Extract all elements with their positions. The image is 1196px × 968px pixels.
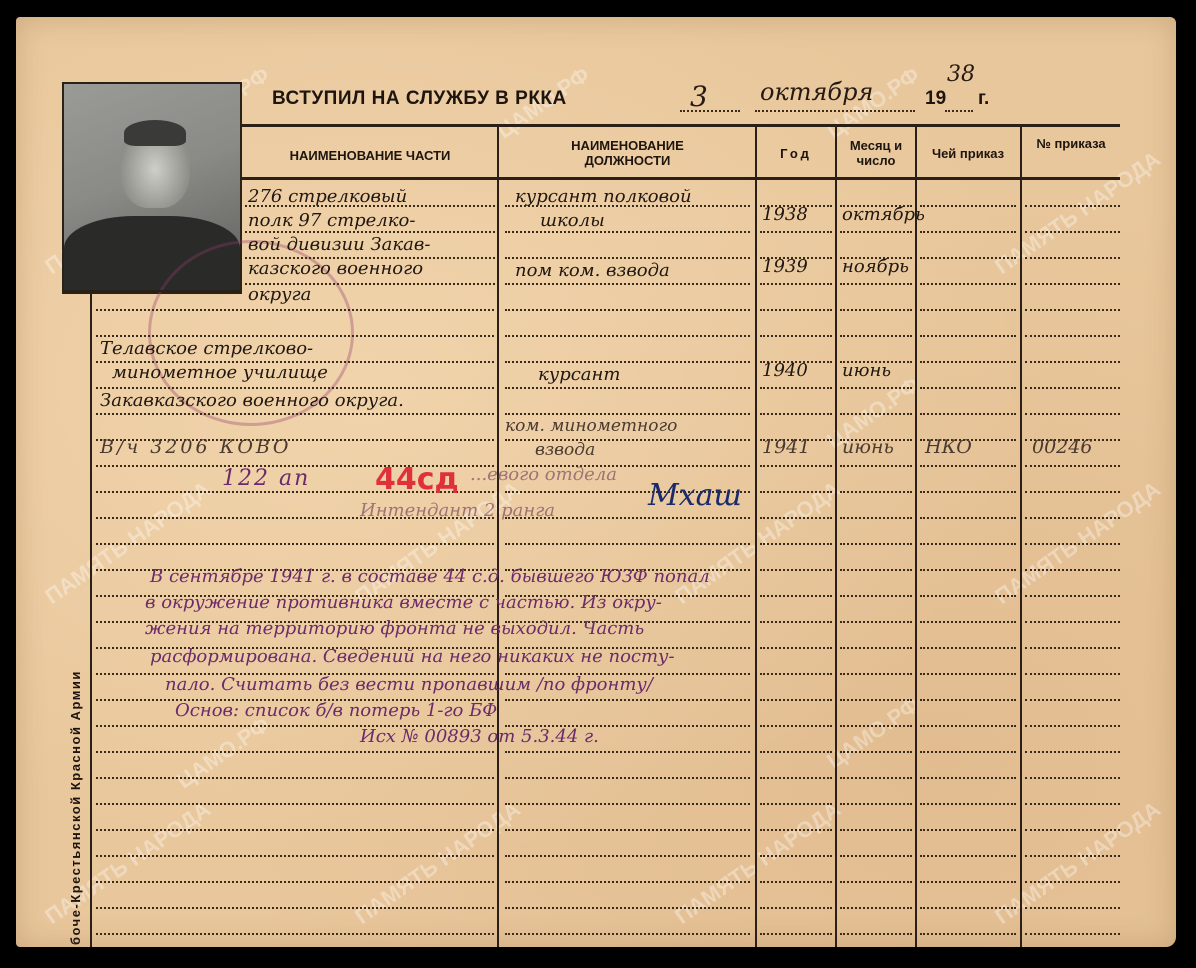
ruled-line bbox=[1025, 517, 1120, 519]
ruled-line bbox=[760, 933, 832, 935]
ruled-line bbox=[920, 803, 1016, 805]
ruled-line bbox=[505, 907, 750, 909]
ruled-line bbox=[920, 725, 1016, 727]
entry-position-line: пом ком. взвода bbox=[515, 260, 670, 281]
ruled-line bbox=[920, 309, 1016, 311]
entry-month: июнь bbox=[842, 360, 891, 381]
ruled-line bbox=[1025, 205, 1120, 207]
ruled-line bbox=[1025, 465, 1120, 467]
ruled-line bbox=[760, 673, 832, 675]
entry-position-line: ком. минометного bbox=[505, 416, 677, 436]
ruled-line bbox=[920, 699, 1016, 701]
ruled-line bbox=[920, 621, 1016, 623]
ruled-line bbox=[1025, 543, 1120, 545]
ruled-line bbox=[96, 803, 494, 805]
ruled-line bbox=[840, 543, 912, 545]
ruled-line bbox=[840, 595, 912, 597]
ruled-line bbox=[920, 543, 1016, 545]
ruled-line bbox=[760, 309, 832, 311]
ruled-line bbox=[920, 829, 1016, 831]
ruled-line bbox=[920, 205, 1016, 207]
ruled-line bbox=[96, 335, 494, 337]
ruled-line bbox=[840, 907, 912, 909]
header-position: НАИМЕНОВАНИЕ ДОЛЖНОСТИ bbox=[540, 138, 715, 168]
ruled-line bbox=[840, 725, 912, 727]
ruled-line bbox=[1025, 309, 1120, 311]
ruled-line bbox=[760, 335, 832, 337]
entry-month: октябрь bbox=[842, 204, 925, 225]
ruled-line bbox=[505, 933, 750, 935]
entry-position-line: курсант полковой bbox=[515, 186, 692, 207]
ruled-line bbox=[505, 309, 750, 311]
note-line: пало. Считать без вести пропавшим /по фр… bbox=[165, 674, 653, 695]
ruled-line bbox=[840, 491, 912, 493]
ruled-line bbox=[840, 569, 912, 571]
ruled-line bbox=[1025, 257, 1120, 259]
ruled-line bbox=[760, 595, 832, 597]
ruled-line bbox=[505, 335, 750, 337]
note-line: жения на территорию фронта не выходил. Ч… bbox=[145, 618, 644, 639]
ruled-line bbox=[760, 855, 832, 857]
col-divider bbox=[755, 124, 757, 947]
ruled-line bbox=[840, 777, 912, 779]
entry-year: 1938 bbox=[762, 204, 808, 225]
ruled-line bbox=[760, 699, 832, 701]
ruled-line bbox=[920, 283, 1016, 285]
stamp-line: ...евого отдела bbox=[470, 464, 617, 485]
entry-unit-line: казского военного bbox=[248, 258, 423, 279]
ruled-line bbox=[760, 283, 832, 285]
ruled-line bbox=[505, 777, 750, 779]
ruled-line bbox=[840, 465, 912, 467]
table-header-rule bbox=[240, 177, 1120, 180]
ruled-line bbox=[920, 907, 1016, 909]
ruled-line bbox=[1025, 595, 1120, 597]
ruled-line bbox=[96, 751, 494, 753]
entry-unit-line: округа bbox=[248, 284, 311, 305]
ruled-line bbox=[1025, 829, 1120, 831]
ruled-line bbox=[96, 777, 494, 779]
col-divider bbox=[835, 124, 837, 947]
ruled-line bbox=[1025, 491, 1120, 493]
ruled-line bbox=[96, 413, 494, 415]
ruled-line bbox=[1025, 335, 1120, 337]
ruled-line bbox=[760, 907, 832, 909]
ruled-line bbox=[760, 829, 832, 831]
red-unit-mark: 44сд bbox=[375, 462, 459, 497]
entry-order-no: 00246 bbox=[1032, 436, 1092, 458]
ruled-line bbox=[760, 777, 832, 779]
underline bbox=[945, 110, 973, 112]
enlistment-year: 38 bbox=[947, 62, 975, 87]
ruled-line bbox=[920, 361, 1016, 363]
ruled-line bbox=[1025, 647, 1120, 649]
ruled-line bbox=[1025, 621, 1120, 623]
ruled-line bbox=[840, 309, 912, 311]
ruled-line bbox=[760, 491, 832, 493]
entry-unit-line: полк 97 стрелко- bbox=[248, 210, 415, 231]
entry-position-line: школы bbox=[540, 210, 605, 231]
entry-unit-line: В/ч 3206 КОВО bbox=[100, 436, 291, 458]
entry-year: 1939 bbox=[762, 256, 808, 277]
header-unit: НАИМЕНОВАНИЕ ЧАСТИ bbox=[245, 148, 495, 163]
ruled-line bbox=[840, 673, 912, 675]
entry-month: июнь bbox=[842, 436, 894, 458]
ruled-line bbox=[840, 413, 912, 415]
ruled-line bbox=[920, 647, 1016, 649]
ruled-line bbox=[760, 387, 832, 389]
ruled-line bbox=[96, 855, 494, 857]
col-divider bbox=[240, 124, 242, 180]
photo-bottom-rule bbox=[64, 290, 240, 292]
ruled-line bbox=[505, 855, 750, 857]
entry-whose-order: НКО bbox=[925, 436, 972, 458]
entry-year: 1941 bbox=[762, 436, 810, 458]
ruled-line bbox=[505, 751, 750, 753]
ruled-line bbox=[760, 231, 832, 233]
ruled-line bbox=[505, 829, 750, 831]
ruled-line bbox=[760, 621, 832, 623]
ruled-line bbox=[920, 933, 1016, 935]
ruled-line bbox=[1025, 933, 1120, 935]
ruled-line bbox=[760, 803, 832, 805]
ruled-line bbox=[920, 881, 1016, 883]
ruled-line bbox=[1025, 413, 1120, 415]
ruled-line bbox=[760, 725, 832, 727]
ruled-line bbox=[96, 387, 494, 389]
enlistment-month: октября bbox=[760, 78, 873, 106]
ruled-line bbox=[760, 413, 832, 415]
ruled-line bbox=[920, 673, 1016, 675]
ruled-line bbox=[96, 543, 494, 545]
ruled-line bbox=[505, 413, 750, 415]
form-title: ВСТУПИЛ НА СЛУЖБУ В РККА bbox=[272, 88, 567, 110]
ruled-line bbox=[1025, 231, 1120, 233]
ruled-line bbox=[1025, 283, 1120, 285]
entry-unit-line: 276 стрелковый bbox=[248, 186, 407, 207]
ruled-line bbox=[920, 465, 1016, 467]
ruled-line bbox=[505, 387, 750, 389]
ruled-line bbox=[760, 517, 832, 519]
entry-position-line: курсант bbox=[538, 364, 620, 385]
ruled-line bbox=[760, 569, 832, 571]
ruled-line bbox=[840, 517, 912, 519]
ruled-line bbox=[920, 777, 1016, 779]
ruled-line bbox=[1025, 777, 1120, 779]
table-top-rule bbox=[240, 124, 1120, 127]
ruled-line bbox=[505, 361, 750, 363]
col-divider bbox=[915, 124, 917, 947]
ruled-line bbox=[840, 699, 912, 701]
entry-unit-line: Закавказского военного округа. bbox=[100, 390, 404, 411]
ruled-line bbox=[840, 335, 912, 337]
header-order-no: № приказа bbox=[1024, 136, 1118, 151]
entry-unit-line: вой дивизии Закав- bbox=[248, 234, 430, 255]
unit-addition: 122 ап bbox=[222, 466, 310, 491]
note-line: в окружение противника вместе с частью. … bbox=[145, 592, 662, 613]
ruled-line bbox=[1025, 881, 1120, 883]
ruled-line bbox=[1025, 699, 1120, 701]
ruled-line bbox=[840, 647, 912, 649]
ruled-line bbox=[920, 257, 1016, 259]
ruled-line bbox=[505, 543, 750, 545]
note-line: В сентябре 1941 г. в составе 44 с.д. быв… bbox=[150, 566, 710, 587]
ruled-line bbox=[505, 257, 750, 259]
stamp-line: Интендант 2 ранга bbox=[360, 500, 555, 521]
ruled-line bbox=[840, 855, 912, 857]
ruled-line bbox=[840, 933, 912, 935]
ruled-line bbox=[1025, 751, 1120, 753]
entry-month: ноябрь bbox=[842, 256, 909, 277]
ruled-line bbox=[840, 231, 912, 233]
ruled-line bbox=[840, 881, 912, 883]
ruled-line bbox=[505, 803, 750, 805]
header-month-day: Месяц и число bbox=[838, 138, 914, 168]
ruled-line bbox=[96, 907, 494, 909]
ruled-line bbox=[840, 751, 912, 753]
year-unit: г. bbox=[978, 88, 989, 110]
ruled-line bbox=[920, 855, 1016, 857]
col-divider bbox=[1020, 124, 1022, 947]
signature: Мхаш bbox=[648, 478, 742, 513]
entry-unit-line: Телавское стрелково- bbox=[100, 338, 313, 359]
side-label: боче-Крестьянской Красной Армии bbox=[68, 670, 83, 945]
ruled-line bbox=[840, 803, 912, 805]
ruled-line bbox=[760, 751, 832, 753]
ruled-line bbox=[920, 231, 1016, 233]
ruled-line bbox=[96, 309, 494, 311]
ruled-line bbox=[1025, 361, 1120, 363]
year-prefix: 19 bbox=[925, 88, 946, 110]
ruled-line bbox=[505, 231, 750, 233]
ruled-line bbox=[760, 647, 832, 649]
note-line: Исх № 00893 от 5.3.44 г. bbox=[360, 726, 599, 747]
ruled-line bbox=[840, 621, 912, 623]
ruled-line bbox=[920, 413, 1016, 415]
ruled-line bbox=[96, 829, 494, 831]
ruled-line bbox=[760, 543, 832, 545]
ruled-line bbox=[245, 231, 495, 233]
underline bbox=[755, 110, 915, 112]
ruled-line bbox=[920, 595, 1016, 597]
ruled-line bbox=[1025, 803, 1120, 805]
ruled-line bbox=[840, 387, 912, 389]
ruled-line bbox=[760, 465, 832, 467]
ruled-line bbox=[840, 829, 912, 831]
enlistment-day: 3 bbox=[690, 80, 708, 113]
ruled-line bbox=[840, 283, 912, 285]
entry-unit-line: минометное училище bbox=[112, 362, 328, 383]
ruled-line bbox=[920, 491, 1016, 493]
ruled-line bbox=[96, 933, 494, 935]
note-line: расформирована. Сведений на него никаких… bbox=[150, 646, 675, 667]
ruled-line bbox=[920, 335, 1016, 337]
ruled-line bbox=[1025, 907, 1120, 909]
header-whose-order: Чей приказ bbox=[918, 146, 1018, 161]
ruled-line bbox=[505, 699, 750, 701]
entry-position-line: взвода bbox=[535, 440, 595, 460]
underline bbox=[680, 110, 740, 112]
ruled-line bbox=[96, 881, 494, 883]
ruled-line bbox=[760, 881, 832, 883]
ruled-line bbox=[505, 881, 750, 883]
header-year: Год bbox=[757, 146, 835, 161]
col-divider bbox=[497, 124, 499, 947]
ruled-line bbox=[1025, 569, 1120, 571]
ruled-line bbox=[920, 517, 1016, 519]
ruled-line bbox=[1025, 673, 1120, 675]
col-divider bbox=[90, 292, 92, 947]
ruled-line bbox=[505, 283, 750, 285]
ruled-line bbox=[920, 751, 1016, 753]
entry-year: 1940 bbox=[762, 360, 808, 381]
ruled-line bbox=[920, 569, 1016, 571]
note-line: Основ: список б/в потерь 1-го БФ bbox=[175, 700, 497, 721]
ruled-line bbox=[1025, 387, 1120, 389]
ruled-line bbox=[920, 387, 1016, 389]
ruled-line bbox=[1025, 725, 1120, 727]
ruled-line bbox=[1025, 855, 1120, 857]
